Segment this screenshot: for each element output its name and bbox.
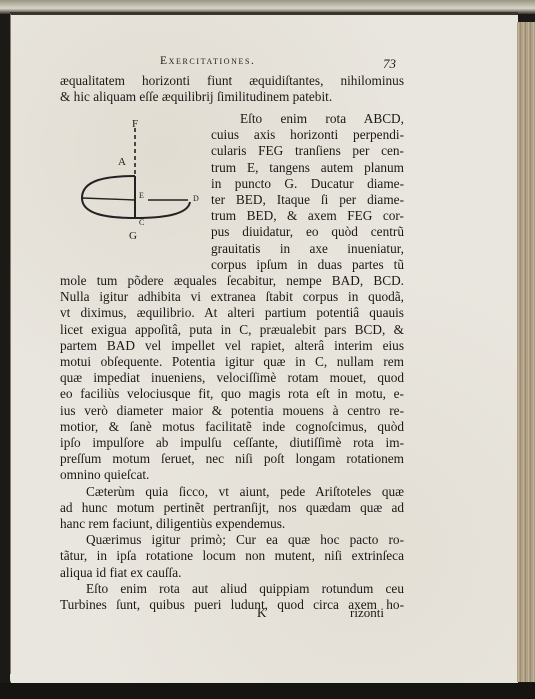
text-line: mole tum põdere æquales ſecabitur, nempe… xyxy=(60,273,404,289)
text-line: partem BAD vel impellet vel rapiet, alte… xyxy=(60,338,404,354)
page-fore-edge xyxy=(517,22,535,682)
text-line: ius verò diameter maior & potentia mouen… xyxy=(60,403,404,419)
label-g: G xyxy=(129,230,137,242)
text-line: cularis FEG tranſiens per cen- xyxy=(211,143,404,159)
label-e: E xyxy=(139,191,144,200)
text-line: corpus ipſum in duas partes tũ xyxy=(211,257,404,273)
label-a: A xyxy=(118,156,126,168)
body-text: mole tum põdere æquales ſecabitur, nempe… xyxy=(60,273,404,613)
text-line: pus diuidatur, eo quòd centrũ xyxy=(211,224,404,240)
text-line: trum BED, & axem FEG cor- xyxy=(211,208,404,224)
text-line: ad hunc motum pertinẽt pertranſijt, nos … xyxy=(60,500,404,516)
text-line: quæ impediat inueniens, velociſſimè rota… xyxy=(60,370,404,386)
text-line: preſſum motum ſeruet, nec niſi poſt long… xyxy=(60,451,404,467)
text-line: licet exigua appoſitâ, puta in C, præual… xyxy=(60,322,404,338)
text-line: Quærimus igitur primò; Cur ea quæ hoc pa… xyxy=(60,532,404,548)
signature-mark: K xyxy=(257,605,266,621)
text-line: vt diximus, æquilibrio. At alteri partiu… xyxy=(60,305,404,321)
wheel-diagram-icon xyxy=(76,118,216,248)
page-number: 73 xyxy=(383,56,396,72)
text-line: omnino quieſcat. xyxy=(60,467,404,483)
label-f: F xyxy=(132,118,138,130)
text-line: motui obſequente. Potentia igitur quæ in… xyxy=(60,354,404,370)
text-line: ter BED, Itaque ſi per diame- xyxy=(211,192,404,208)
text-line: hanc rem faciunt, diligentiùs expendemus… xyxy=(60,516,404,532)
label-d: D xyxy=(193,194,199,203)
gutter-fold xyxy=(10,14,11,674)
label-c: C xyxy=(139,218,144,227)
right-column-paragraph: Eſto enim rota ABCD, cuius axis horizont… xyxy=(211,111,404,273)
text-line: motior, & ſanè motus facilitatẽ inde cog… xyxy=(60,419,404,435)
wheel-diagram: F A E D C G xyxy=(76,118,216,248)
text-line: cuius axis horizonti perpendi- xyxy=(211,127,404,143)
text-line: ipſo impulſore ab impulſu ceſſante, diut… xyxy=(60,435,404,451)
text-line: Eſto enim rota aut aliud quippiam rotund… xyxy=(60,581,404,597)
catchword: rizonti xyxy=(350,605,384,621)
text-line: grauitatis in axe inueniatur, xyxy=(211,241,404,257)
text-line: tãtur, in ipſa rotatione locum non muten… xyxy=(60,548,404,564)
text-line: in puncto G. Ducatur diame- xyxy=(211,176,404,192)
text-line: aliqua id fiat ex cauſſa. xyxy=(60,565,404,581)
text-line: æqualitatem horizonti fiunt æquidiſtante… xyxy=(60,73,404,89)
text-line: Cæterùm quia ſicco, vt aiunt, pede Ariſt… xyxy=(60,484,404,500)
text-line: & hic aliquam eſſe æquilibrij ſimilitudi… xyxy=(60,89,404,105)
intro-paragraph: æqualitatem horizonti fiunt æquidiſtante… xyxy=(60,73,404,105)
text-line: trum E, tangens autem planum xyxy=(211,160,404,176)
text-line: eo faciliùs velociusque fit, quo magis r… xyxy=(60,386,404,402)
text-line: Nulla igitur adhibita vi extranea ſtabit… xyxy=(60,289,404,305)
running-head: Exercitationes. xyxy=(160,55,255,67)
bottom-shadow xyxy=(0,683,535,699)
text-line: Eſto enim rota ABCD, xyxy=(211,111,404,127)
